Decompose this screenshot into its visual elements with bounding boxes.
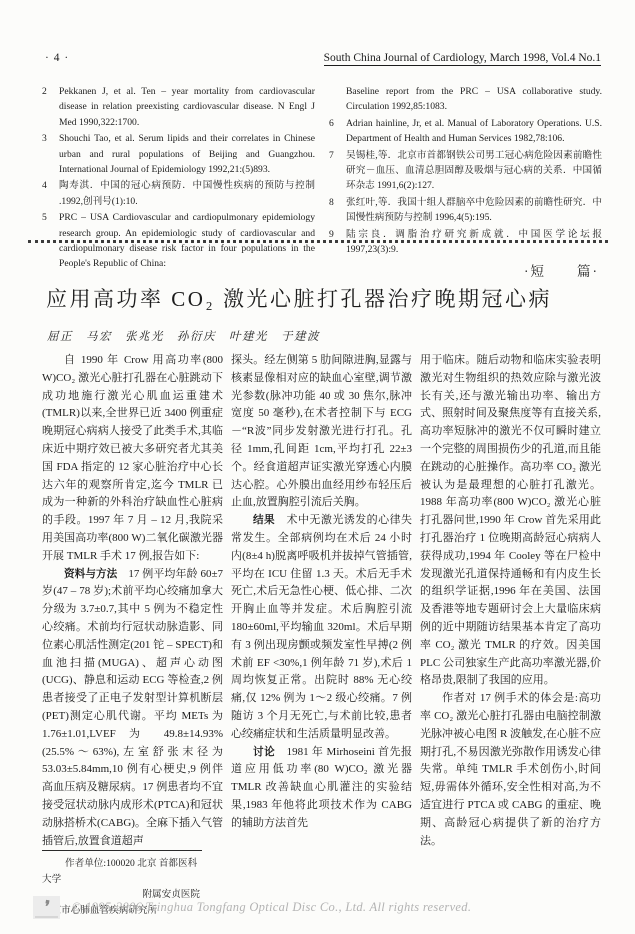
reference-number: 6 [329,116,346,147]
reference-text: 张红叶,等．我国十组人群脑卒中危险因素的前瞻性研究．中国慢性病预防与控制 199… [346,195,602,226]
paragraph: 自 1990 年 Crow 用高功率(800 W)CO₂ 激光心脏打孔器在心脏跳… [42,352,223,566]
reference-text: Baseline report from the PRC – USA colla… [346,84,602,115]
reference-item: 8 张红叶,等．我国十组人群脑卒中危险因素的前瞻性研究．中国慢性病预防与控制 1… [329,195,602,226]
swirl-glyph: ❜ [43,899,51,916]
reference-item: 3 Shouchi Tao, et al. Serum lipids and t… [42,131,315,177]
reference-item: 7 吴锡桂,等．北京市首都钢铁公司男工冠心病危险因素前瞻性研究－血压、血清总胆固… [329,148,602,194]
reference-item: 6 Adrian hainline, Jr, et al. Manual of … [329,116,602,147]
paragraph: 讨论 1981 年 Mirhoseini 首先报道应用低功率(80 W)CO₂ … [231,744,412,833]
reference-number: 3 [42,131,59,177]
page-header: · 4 · South China Journal of Cardiology,… [45,52,601,66]
paragraph-heading: 讨论 [253,746,275,758]
reference-text: 吴锡桂,等．北京市首都钢铁公司男工冠心病危险因素前瞻性研究－血压、血清总胆固醇及… [346,148,602,194]
copyright-text: © 1995-2006 Tsinghua Tongfang Optical Di… [72,900,471,915]
paragraph: 用于临床。随后动物和临床实验表明激光对生物组织的热效应除与激光波长有关,还与激光… [420,352,601,690]
reference-text: Adrian hainline, Jr, et al. Manual of La… [346,116,602,147]
paragraph: 探头。经左侧第 5 肋间隙进胸,显露与核素显像相对应的缺血心室壁,调节激光参数(… [231,352,412,512]
paragraph-text: 自 1990 年 Crow 用高功率(800 W)CO₂ 激光心脏打孔器在心脏跳… [42,354,223,562]
article-body: 自 1990 年 Crow 用高功率(800 W)CO₂ 激光心脏打孔器在心脏跳… [42,352,602,836]
journal-title-header: South China Journal of Cardiology, March… [324,52,601,66]
reference-list: 2 Pekkanen J, et al. Ten – year mortalit… [42,84,602,273]
reference-column-left: 2 Pekkanen J, et al. Ten – year mortalit… [42,84,315,273]
reference-text: Pekkanen J, et al. Ten – year mortality … [59,84,315,130]
paragraph: 资料与方法 17 例平均年龄 60±7 岁(47 – 78 岁);术前平均心绞痛… [42,566,223,851]
reference-text: 陶寿淇．中国的冠心病预防．中国慢性疾病的预防与控制 .1992,创刊号(1):1… [59,178,315,209]
paragraph-text: 用于临床。随后动物和临床实验表明激光对生物组织的热效应除与激光波长有关,还与激光… [420,354,601,686]
page-footer: ❜ © 1995-2006 Tsinghua Tongfang Optical … [33,896,615,919]
paragraph: 结果 术中无激光诱发的心律失常发生。全部病例均在术后 24 小时内(8±4 h)… [231,512,412,743]
logo-caption-strip [35,916,58,918]
reference-text: Shouchi Tao, et al. Serum lipids and the… [59,131,315,177]
author-line: 屈正 马宏 张兆光 孙衍庆 叶建光 于建波 [47,328,320,344]
paragraph-heading: 结果 [253,514,275,526]
reference-number [329,84,346,115]
paragraph: 作者对 17 例手术的体会是:高功率 CO₂ 激光心脏打孔器由电脑控制激光脉冲被… [420,690,601,850]
reference-number: 4 [42,178,59,209]
article-title: 应用高功率 CO₂ 激光心脏打孔器治疗晚期冠心病 [46,283,552,313]
scanned-journal-page: · 4 · South China Journal of Cardiology,… [0,0,635,934]
dotted-divider [28,240,608,243]
paragraph-text: 术中无激光诱发的心律失常发生。全部病例均在术后 24 小时内(8±4 h)脱离呼… [231,514,412,740]
paragraph-text: 探头。经左侧第 5 肋间隙进胸,显露与核素显像相对应的缺血心室壁,调节激光参数(… [231,354,412,508]
body-column-3: 用于临床。随后动物和临床实验表明激光对生物组织的热效应除与激光波长有关,还与激光… [420,352,601,836]
reference-number: 7 [329,148,346,194]
paragraph-text: 作者对 17 例手术的体会是:高功率 CO₂ 激光心脏打孔器由电脑控制激光脉冲被… [420,692,601,846]
paragraph-text: 1981 年 Mirhoseini 首先报道应用低功率(80 W)CO₂ 激光器… [231,746,412,829]
paragraph-text: 17 例平均年龄 60±7 岁(47 – 78 岁);术前平均心绞痛加拿大分级为… [42,568,223,847]
body-column-2: 探头。经左侧第 5 肋间隙进胸,显露与核素显像相对应的缺血心室壁,调节激光参数(… [231,352,412,836]
section-tag: ·短 篇· [524,260,599,280]
paragraph-heading: 资料与方法 [64,568,117,580]
reference-number: 2 [42,84,59,130]
reference-item: 2 Pekkanen J, et al. Ten – year mortalit… [42,84,315,130]
cnki-logo-icon: ❜ [33,896,60,919]
reference-column-right: Baseline report from the PRC – USA colla… [329,84,602,273]
reference-item: Baseline report from the PRC – USA colla… [329,84,602,115]
affiliation-line: 作者单位:100020 北京 首都医科大学 [42,856,202,887]
reference-number: 8 [329,195,346,226]
reference-item: 4 陶寿淇．中国的冠心病预防．中国慢性疾病的预防与控制 .1992,创刊号(1)… [42,178,315,209]
page-number: · 4 · [45,52,69,64]
body-column-1: 自 1990 年 Crow 用高功率(800 W)CO₂ 激光心脏打孔器在心脏跳… [42,352,223,836]
